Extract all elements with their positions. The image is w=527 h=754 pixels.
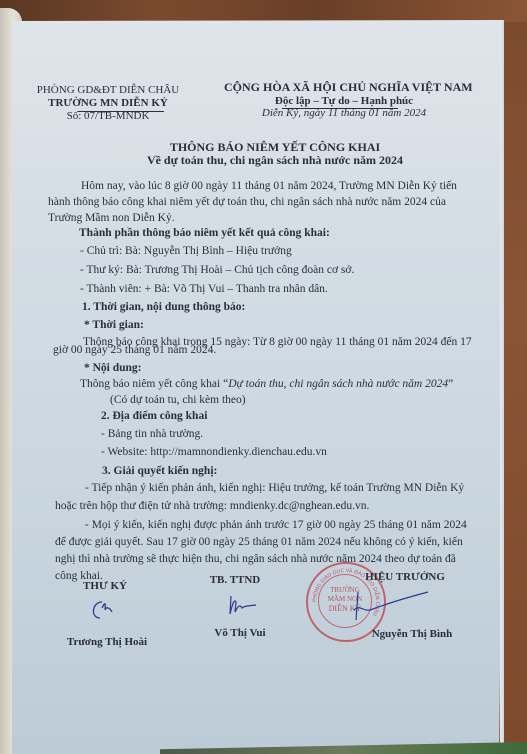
signature-role-principal: HIỆU TRƯỞNG xyxy=(360,571,450,584)
signature-secretary xyxy=(88,598,128,624)
intro-line-2: hành thông báo công khai niêm yết dự toá… xyxy=(48,196,446,210)
content-line: Thông báo niêm yết công khai “Dự toán th… xyxy=(80,378,453,392)
signature-name-secretary: Trương Thị Hoài xyxy=(48,636,166,649)
location-item-2: - Website: http://mamnondienky.dienchau.… xyxy=(101,446,327,460)
content-prefix: Thông báo niêm yết công khai “ xyxy=(80,378,228,390)
member-secretary: - Thư ký: Bà: Trương Thị Hoài – Chủ tịch… xyxy=(80,264,354,278)
document: PHÒNG GD&ĐT DIỄN CHÂU TRƯỜNG MN DIỄN KỶ … xyxy=(0,0,527,754)
school-name: TRƯỜNG MN DIỄN KỶ xyxy=(28,97,188,110)
time-line-2: giờ 00 ngày 25 tháng 01 năm 2024. xyxy=(53,344,216,358)
intro-line-1: Hôm nay, vào lúc 8 giờ 00 ngày 11 tháng … xyxy=(81,180,457,194)
place-date: Diễn Kỷ, ngày 11 tháng 01 năm 2024 xyxy=(226,107,462,120)
signature-role-secretary: THƯ KÝ xyxy=(60,580,150,593)
section-1-heading: 1. Thời gian, nội dung thông báo: xyxy=(82,301,245,315)
content-suffix: ” xyxy=(448,378,453,390)
member-chair: - Chủ trì: Bà: Nguyễn Thị Bình – Hiệu tr… xyxy=(80,245,292,259)
content-italic: Dự toán thu, chi ngân sách nhà nước năm … xyxy=(228,378,448,390)
feedback-p1-line-1: - Tiếp nhận ý kiến phản ánh, kiến nghị: … xyxy=(85,482,464,496)
feedback-p2-line-2: để được giải quyết. Sau 17 giờ 00 ngày 2… xyxy=(55,536,463,550)
section-3-heading: 3. Giải quyết kiến nghị: xyxy=(102,465,217,479)
time-heading: * Thời gian: xyxy=(84,319,144,333)
signature-principal xyxy=(340,590,430,630)
document-number: Số: 07/TB-MNDK xyxy=(28,110,188,123)
content-note: (Có dự toán tu, chi kèm theo) xyxy=(110,394,246,408)
intro-line-3: Trường Mầm non Diễn Kỷ. xyxy=(48,212,175,226)
content-heading: * Nội dung: xyxy=(84,362,142,376)
feedback-p1-line-2: hoặc trên hộp thư điện tử nhà trường: mn… xyxy=(55,500,369,514)
member-other: - Thành viên: + Bà: Võ Thị Vui – Thanh t… xyxy=(80,283,328,297)
location-item-1: - Bảng tin nhà trường. xyxy=(101,428,203,442)
feedback-p2-line-1: - Mọi ý kiến, kiến nghị được phản ánh tr… xyxy=(85,519,467,533)
document-subtitle: Về dự toán thu, chi ngân sách nhà nước n… xyxy=(40,153,510,167)
section-2-heading: 2. Địa điểm công khai xyxy=(101,410,207,424)
members-heading: Thành phần thông báo niêm yết kết quả cô… xyxy=(79,227,330,241)
nation-name: CỘNG HÒA XÃ HỘI CHỦ NGHĨA VIỆT NAM xyxy=(224,80,464,94)
signature-name-ttnd: Võ Thị Vui xyxy=(200,627,280,640)
signature-ttnd xyxy=(226,592,276,622)
feedback-p2-line-3: nghị thì nhà trường sẽ thực hiện thu, ch… xyxy=(55,553,456,567)
signature-role-ttnd: TB. TTND xyxy=(200,574,270,587)
signature-name-principal: Nguyễn Thị Bình xyxy=(362,628,462,641)
department-name: PHÒNG GD&ĐT DIỄN CHÂU xyxy=(28,84,188,97)
